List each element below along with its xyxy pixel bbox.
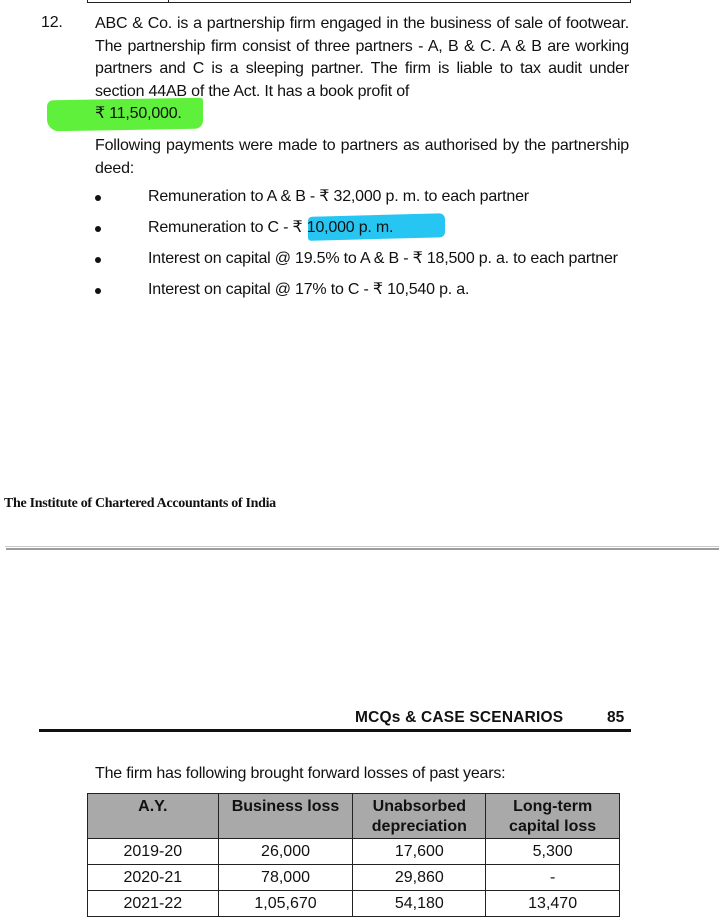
- bullet-icon: [95, 226, 101, 232]
- bullet-icon: [95, 257, 101, 263]
- column-header-business-loss: Business loss: [218, 794, 353, 839]
- payments-intro-paragraph: Following payments were made to partners…: [95, 135, 629, 180]
- list-item: Interest on capital @ 17% to C - ₹ 10,54…: [95, 279, 629, 302]
- table-row: 2021-22 1,05,670 54,180 13,470: [88, 891, 620, 917]
- list-item: Remuneration to A & B - ₹ 32,000 p. m. t…: [95, 186, 629, 209]
- losses-lead-text: The firm has following brought forward l…: [95, 765, 505, 783]
- publisher-footer: The Institute of Chartered Accountants o…: [4, 496, 276, 512]
- bullet-icon: [95, 288, 101, 294]
- page-separator: [5, 546, 719, 547]
- column-header-unabsorbed-depreciation: Unabsorbed depreciation: [353, 794, 486, 839]
- question-number: 12.: [41, 14, 63, 32]
- bullet-icon: [95, 195, 101, 201]
- table-header-row: A.Y. Business loss Unabsorbed depreciati…: [88, 794, 620, 839]
- payments-list: Remuneration to A & B - ₹ 32,000 p. m. t…: [95, 186, 629, 310]
- header-rule: [39, 729, 631, 732]
- question-intro-paragraph: ABC & Co. is a partnership firm engaged …: [95, 13, 629, 126]
- previous-table-bottom-edge: [87, 0, 631, 3]
- book-profit-highlighted: ₹ 11,50,000.: [95, 105, 182, 122]
- page-separator-shadow: [6, 548, 719, 550]
- page-number: 85: [607, 709, 624, 727]
- list-item: Remuneration to C - ₹ 10,000 p. m.: [95, 217, 629, 240]
- table-row: 2020-21 78,000 29,860 -: [88, 865, 620, 891]
- question-intro-text: ABC & Co. is a partnership firm engaged …: [95, 15, 629, 100]
- column-header-ltcl: Long-term capital loss: [486, 794, 620, 839]
- column-header-ay: A.Y.: [88, 794, 219, 839]
- remuneration-c-highlighted: ₹ 10,000 p. m.: [293, 219, 394, 236]
- list-item: Interest on capital @ 19.5% to A & B - ₹…: [95, 248, 629, 271]
- brought-forward-losses-table: A.Y. Business loss Unabsorbed depreciati…: [87, 793, 620, 917]
- table-row: 2019-20 26,000 17,600 5,300: [88, 839, 620, 865]
- running-head: MCQs & CASE SCENARIOS: [355, 709, 563, 727]
